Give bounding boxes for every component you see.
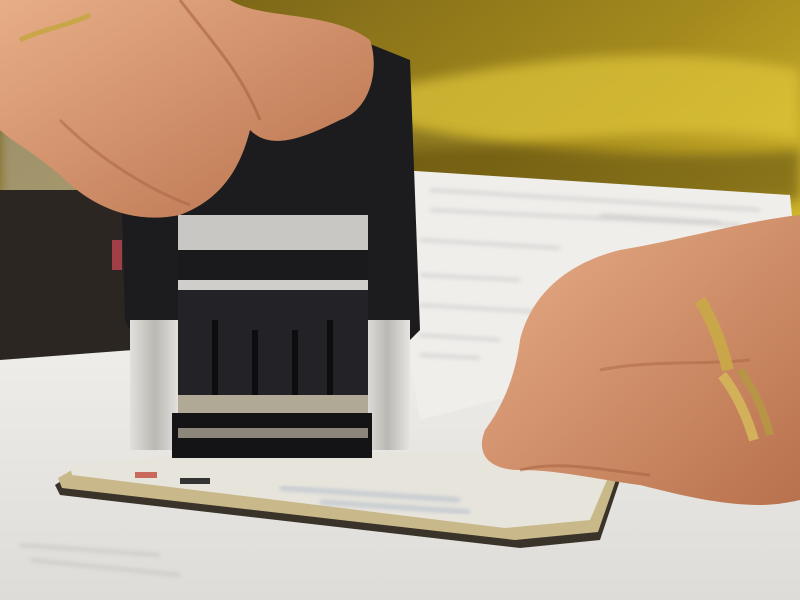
- desk-shadow: [0, 190, 130, 370]
- photo-illustration: [0, 0, 800, 600]
- photo-scene: Hands pressing a self-inking rubber stam…: [0, 0, 800, 600]
